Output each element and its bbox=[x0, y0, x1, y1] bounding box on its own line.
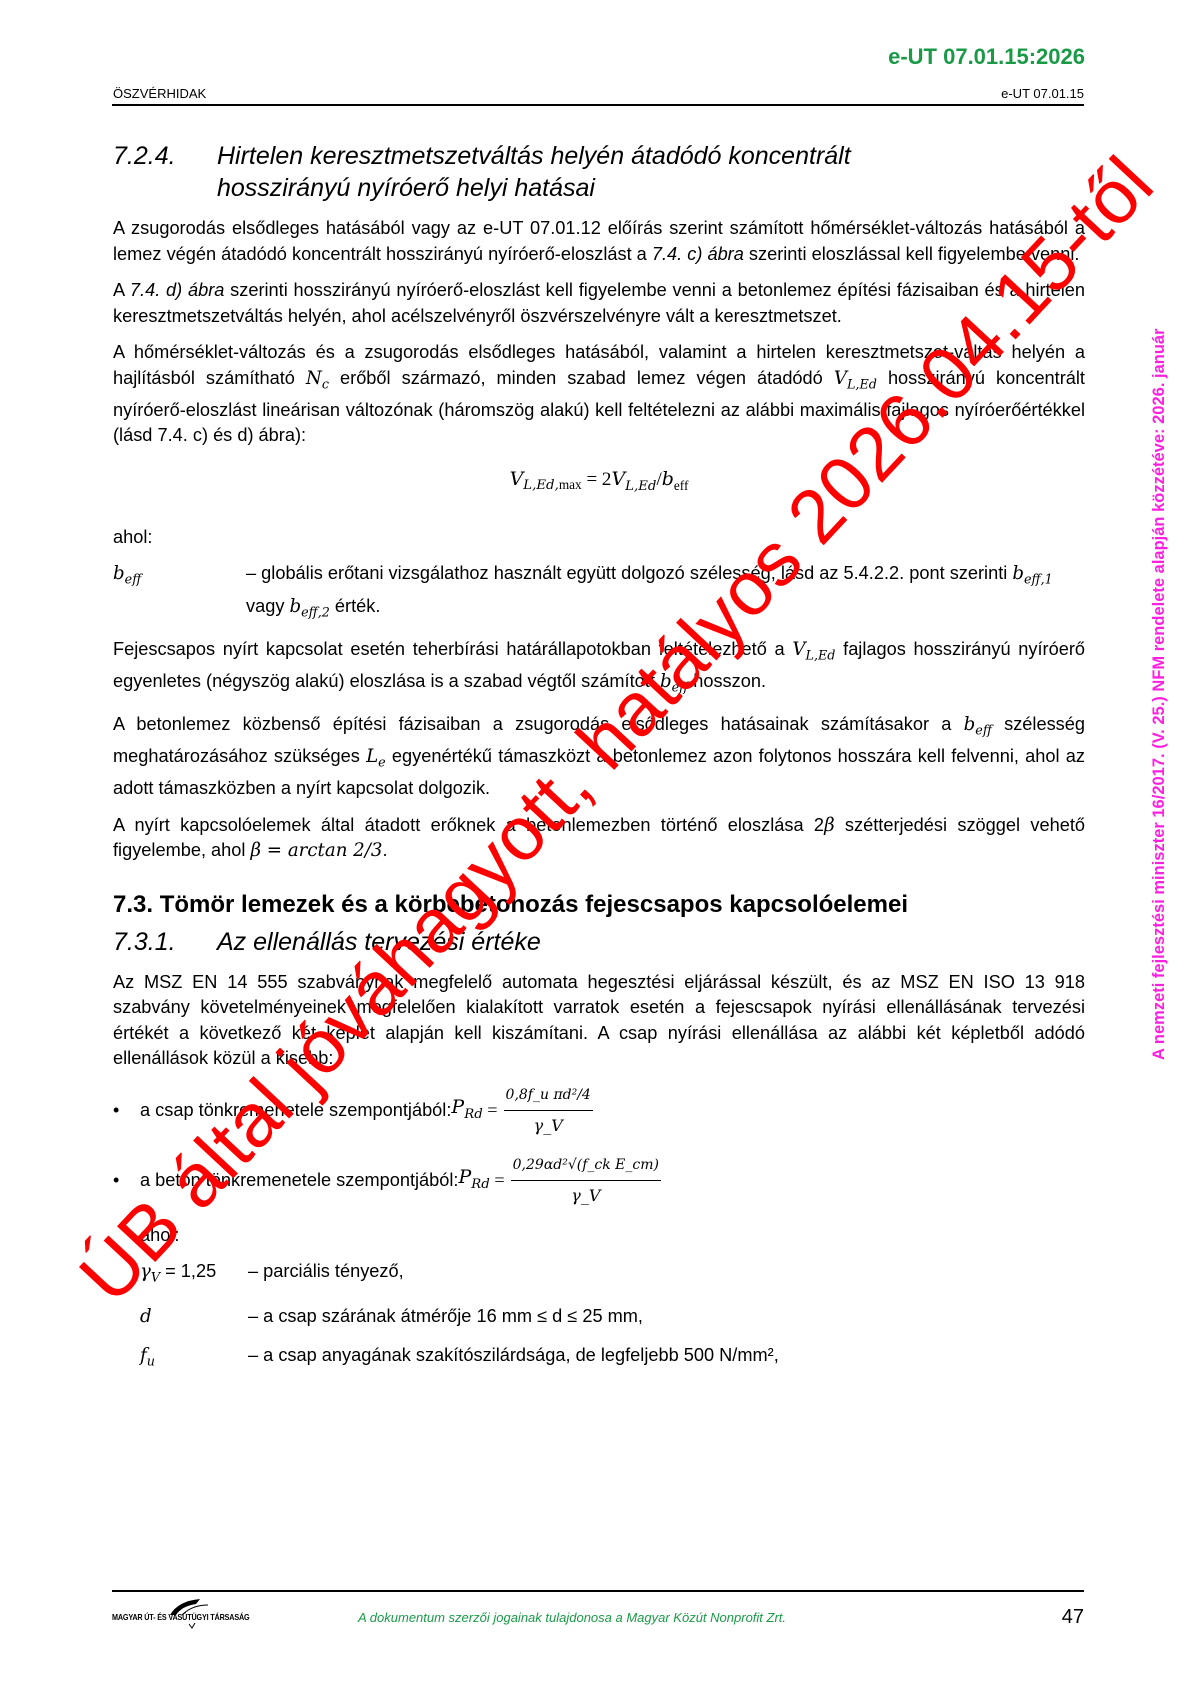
definition-d: d – a csap szárának átmérője 16 mm ≤ d ≤… bbox=[140, 1304, 1085, 1330]
where-label: ahol: bbox=[113, 525, 1085, 551]
running-header-code: e-UT 07.01.15 bbox=[1001, 86, 1084, 101]
figure-ref: 7.4. d) ábra bbox=[130, 280, 224, 300]
heading-title: Hirtelen keresztmetszetváltás helyén áta… bbox=[217, 140, 851, 204]
definition-symbol: beff bbox=[113, 561, 246, 625]
document-code: e-UT 07.01.15:2026 bbox=[888, 44, 1085, 70]
bullet-icon: • bbox=[113, 1098, 140, 1124]
equation-vled-max: VL,Ed,max = 2VL,Ed/beff bbox=[113, 467, 1085, 499]
heading-number: 7.2.4. bbox=[113, 140, 217, 204]
math-vled: VL,Ed bbox=[834, 368, 877, 389]
paragraph: A nyírt kapcsolóelemek által átadott erő… bbox=[113, 813, 1085, 864]
footer-divider bbox=[112, 1590, 1084, 1592]
heading-7-2-4: 7.2.4. Hirtelen keresztmetszetváltás hel… bbox=[113, 140, 1085, 204]
paragraph: A zsugorodás elsődleges hatásából vagy a… bbox=[113, 216, 1085, 267]
definition-gamma: γV = 1,25 – parciális tényező, bbox=[140, 1259, 1085, 1291]
society-logo-text: MAGYAR ÚT- ÉS VASÚTÜGYI TÁRSASÁG bbox=[112, 1612, 249, 1622]
formula-concrete: 0,29αd²√(f_ck E_cm) γ_V bbox=[511, 1153, 661, 1209]
publication-side-note: A nemzeti fejlesztési miniszter 16/2017.… bbox=[1150, 328, 1169, 1060]
where-label: ahol: bbox=[140, 1223, 1085, 1249]
formula-stud: 0,8f_u πd²/4 γ_V bbox=[504, 1083, 593, 1139]
page-number: 47 bbox=[1062, 1606, 1084, 1629]
math-nc: Nc bbox=[306, 368, 329, 389]
heading-7-3: 7.3. Tömör lemezek és a körbebetonozás f… bbox=[113, 890, 1085, 920]
definition-beff: beff – globális erőtani vizsgálathoz has… bbox=[113, 561, 1085, 625]
definition-fu: fu – a csap anyagának szakítószilárdsága… bbox=[140, 1343, 1085, 1375]
heading-7-3-1: 7.3.1. Az ellenállás tervezési értéke bbox=[113, 926, 1085, 958]
header-divider bbox=[112, 104, 1084, 106]
figure-ref: 7.4. c) ábra bbox=[652, 244, 744, 264]
copyright-notice: A dokumentum szerzői jogainak tulajdonos… bbox=[358, 1610, 786, 1625]
running-header-section: ÖSZVÉRHIDAK bbox=[113, 86, 206, 101]
